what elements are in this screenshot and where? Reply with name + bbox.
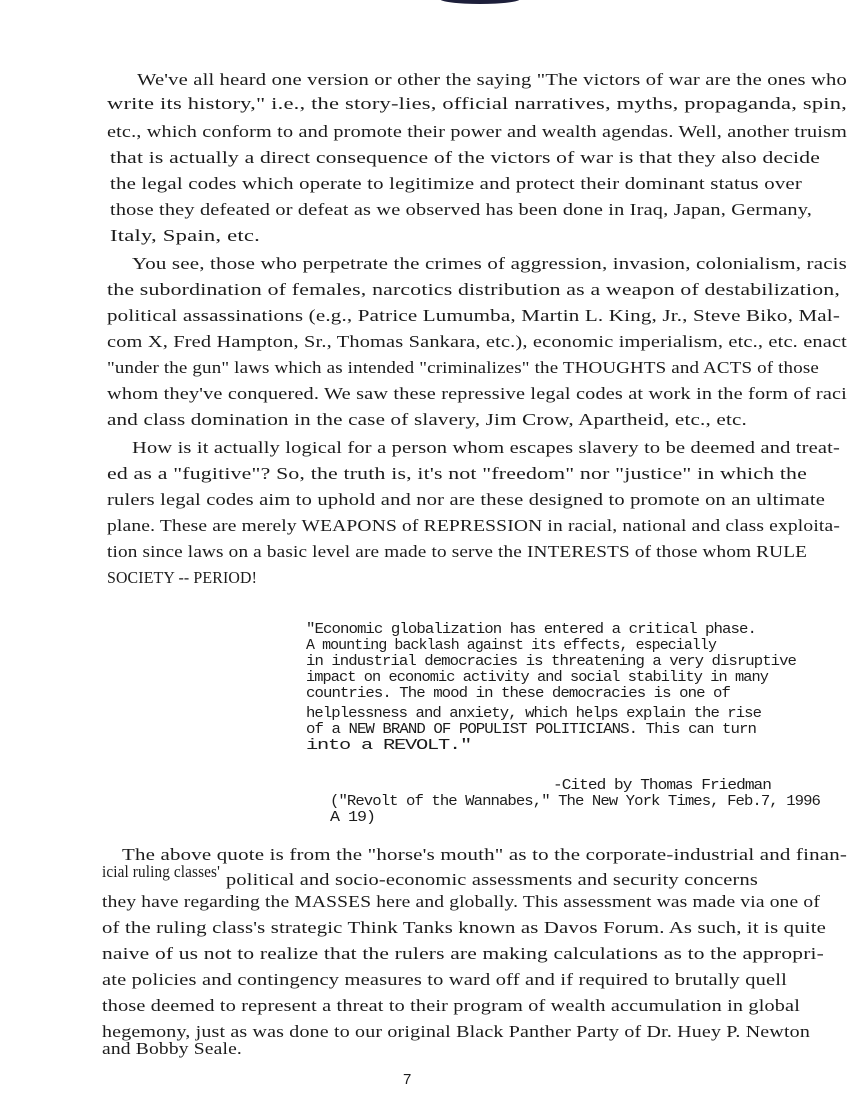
paragraph-4-line: ate policies and contingency measures to… <box>102 970 787 990</box>
paragraph-4-line: icial ruling classes' <box>102 862 220 882</box>
paragraph-3-line: ed as a "fugitive"? So, the truth is, it… <box>107 464 807 484</box>
citation-line: ("Revolt of the Wannabes," The New York … <box>330 793 820 810</box>
paragraph-2-line: political assassinations (e.g., Patrice … <box>107 306 840 326</box>
quote-line: impact on economic activity and social s… <box>306 669 768 686</box>
paragraph-1-line: those they defeated or defeat as we obse… <box>110 200 812 220</box>
paragraph-4-line: The above quote is from the "horse's mou… <box>122 845 847 865</box>
paragraph-4-line: those deemed to represent a threat to th… <box>102 996 800 1016</box>
paragraph-1-line: the legal codes which operate to legitim… <box>110 174 802 194</box>
paragraph-3-line: rulers legal codes aim to uphold and nor… <box>107 490 825 510</box>
quote-line: in industrial democracies is threatening… <box>306 653 796 670</box>
quote-line: "Economic globalization has entered a cr… <box>306 621 756 638</box>
paragraph-3-line: How is it actually logical for a person … <box>132 438 840 458</box>
citation-line: A 19) <box>330 809 375 826</box>
quote-line: helplessness and anxiety, which helps ex… <box>306 705 761 722</box>
paragraph-2-line: whom they've conquered. We saw these rep… <box>107 384 847 404</box>
paragraph-4-line: they have regarding the MASSES here and … <box>102 892 820 912</box>
paragraph-1-line: etc., which conform to and promote their… <box>107 122 847 142</box>
paragraph-4-line: of the ruling class's strategic Think Ta… <box>102 918 826 938</box>
quote-line: countries. The mood in these democracies… <box>306 685 730 702</box>
paragraph-1-line: write its history," i.e., the story-lies… <box>107 94 847 114</box>
paragraph-3-line: plane. These are merely WEAPONS of REPRE… <box>107 516 840 536</box>
paragraph-1-line: We've all heard one version or other the… <box>137 70 847 90</box>
paragraph-2-line: You see, those who perpetrate the crimes… <box>132 254 847 274</box>
quote-line: of a NEW BRAND OF POPULIST POLITICIANS. … <box>306 721 756 738</box>
quote-line: into a REVOLT." <box>306 737 471 754</box>
paragraph-4-line: and Bobby Seale. <box>102 1039 242 1059</box>
paragraph-2-line: and class domination in the case of slav… <box>107 410 747 430</box>
citation-line: -Cited by Thomas Friedman <box>553 777 771 794</box>
paragraph-1-line: Italy, Spain, etc. <box>110 226 260 246</box>
paragraph-2-line: "under the gun" laws which as intended "… <box>107 358 819 378</box>
paragraph-3-line: SOCIETY -- PERIOD! <box>107 568 257 588</box>
paragraph-3-line: tion since laws on a basic level are mad… <box>107 542 807 562</box>
paragraph-2-line: the subordination of females, narcotics … <box>107 280 840 300</box>
paragraph-4-line: naive of us not to realize that the rule… <box>102 944 824 964</box>
paragraph-2-line: com X, Fred Hampton, Sr., Thomas Sankara… <box>107 332 847 352</box>
scan-smudge <box>440 0 520 4</box>
paragraph-4-line: political and socio-economic assessments… <box>226 870 758 890</box>
paragraph-1-line: that is actually a direct consequence of… <box>110 148 820 168</box>
quote-line: A mounting backlash against its effects,… <box>306 637 716 654</box>
page-number: 7 <box>403 1071 411 1088</box>
